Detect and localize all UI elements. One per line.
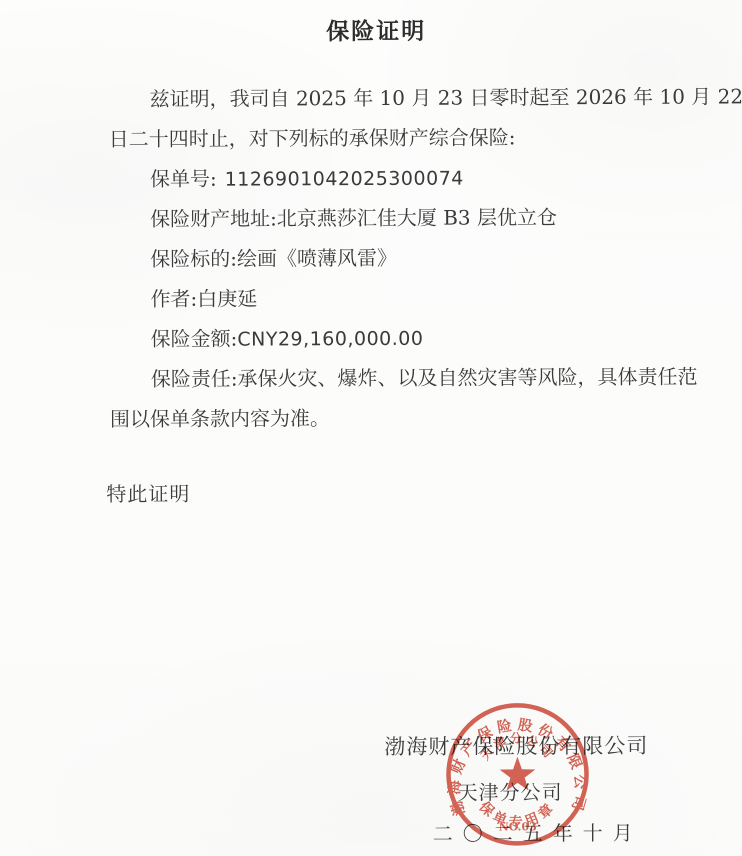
- amount-label: 保险金额:: [151, 327, 238, 351]
- author-line: 作者:白庚延: [109, 277, 709, 320]
- liability-line-2: 围以保单条款内容为准。: [110, 397, 710, 440]
- star-icon: [500, 757, 536, 791]
- property-address-line: 保险财产地址:北京燕莎汇佳大厦 B3 层优立仓: [109, 197, 709, 240]
- liability-line-1: 保险责任:承保火灾、爆炸、以及自然灾害等风险，具体责任范: [110, 357, 710, 400]
- company-seal-stamp: 渤海财产保险股份有限公司 天津分公司 保单专用章 NO.03: [442, 699, 593, 850]
- amount-line: 保险金额:CNY29,160,000.00: [110, 317, 710, 360]
- intro-line-2: 日二十四时止，对下列标的承保财产综合保险:: [109, 117, 709, 160]
- intro-line-1: 兹证明，我司自 2025 年 10 月 23 日零时起至 2026 年 10 月…: [108, 77, 708, 120]
- certificate-page: 保险证明 兹证明，我司自 2025 年 10 月 23 日零时起至 2026 年…: [0, 0, 742, 856]
- policy-number-label: 保单号:: [150, 167, 217, 191]
- policy-number-value: 1126901042025300074: [225, 168, 464, 191]
- certificate-body: 兹证明，我司自 2025 年 10 月 23 日零时起至 2026 年 10 月…: [108, 77, 710, 440]
- amount-value: CNY29,160,000.00: [237, 328, 423, 351]
- stamp-number: NO.03: [499, 820, 537, 833]
- closing-statement: 特此证明: [106, 478, 190, 507]
- policy-number-line: 保单号:1126901042025300074: [109, 157, 709, 200]
- certificate-title: 保险证明: [0, 11, 740, 47]
- insured-subject-line: 保险标的:绘画《喷薄风雷》: [109, 237, 709, 280]
